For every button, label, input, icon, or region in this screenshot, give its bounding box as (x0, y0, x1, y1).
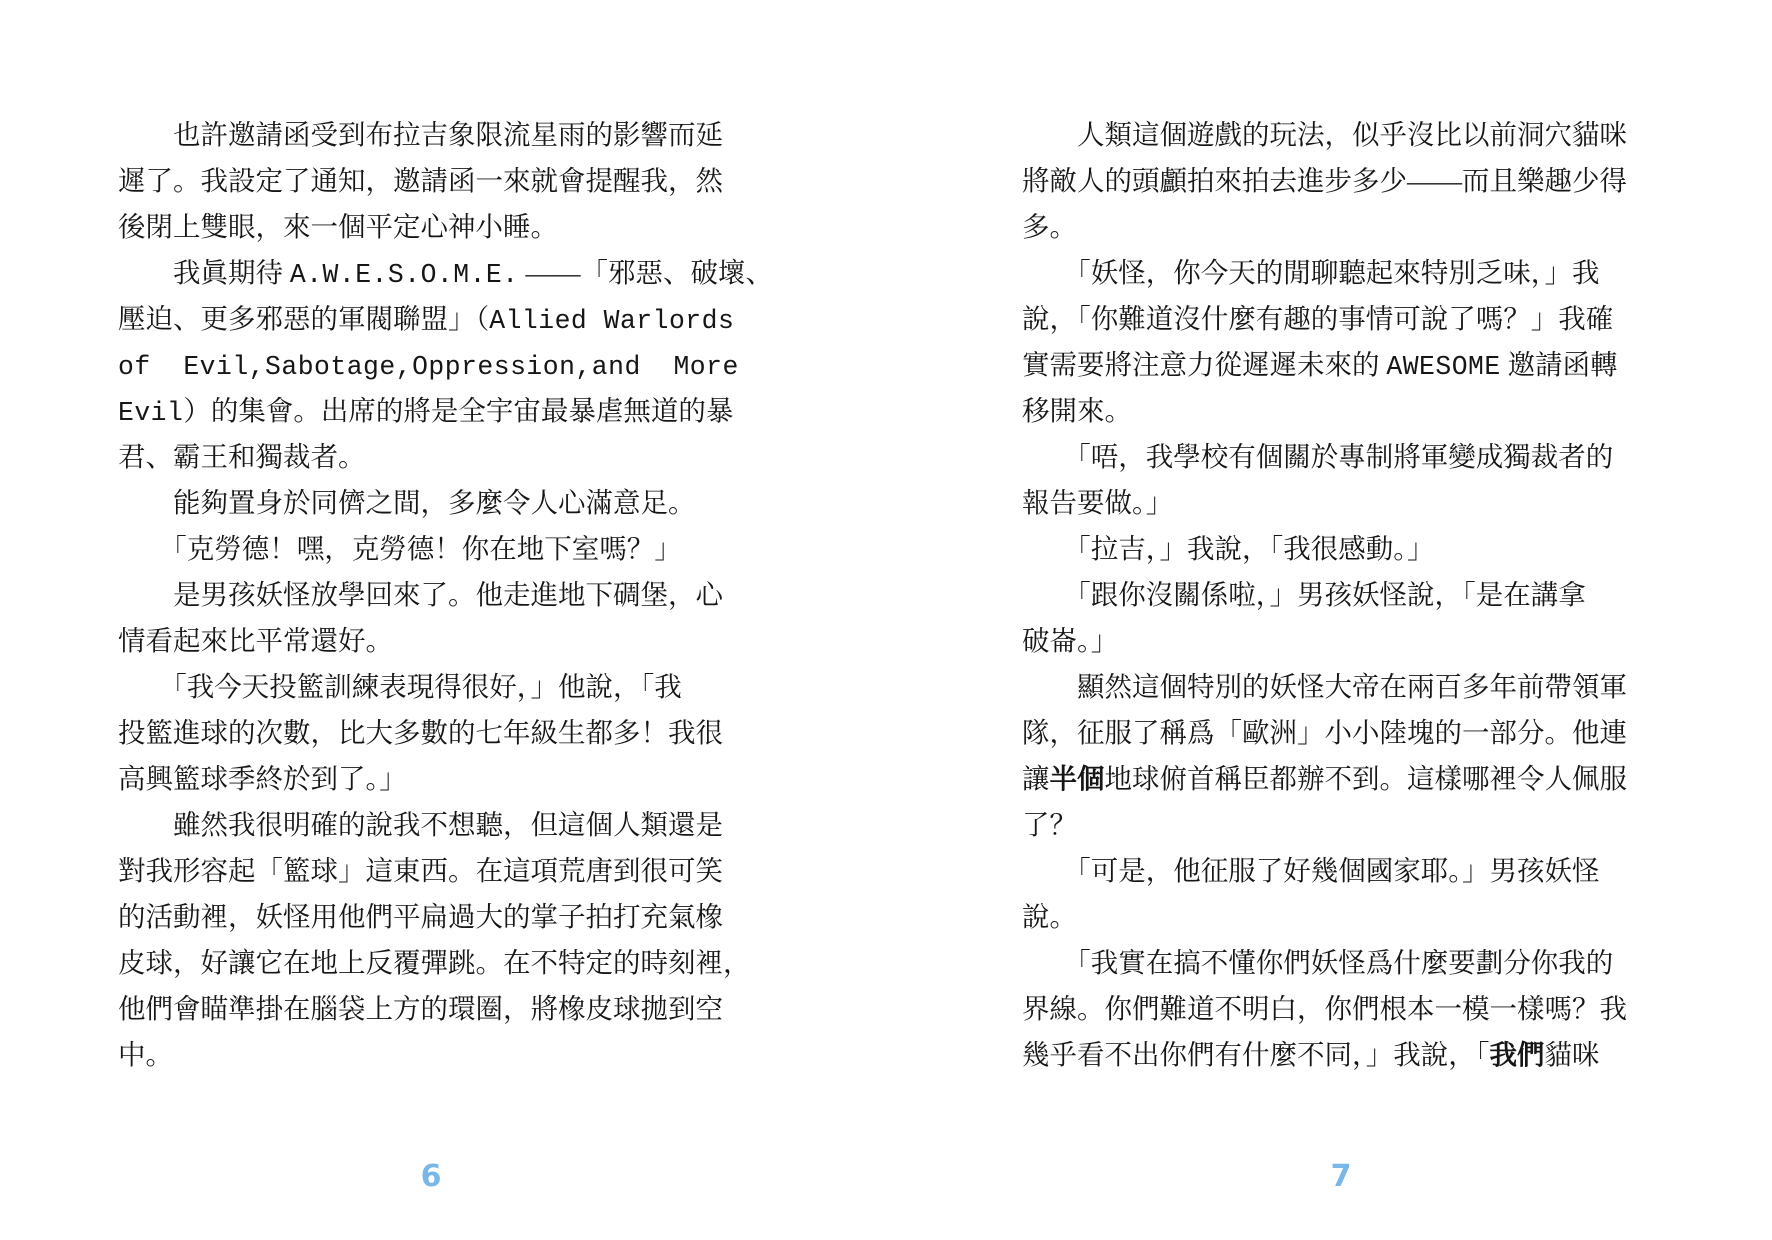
text-line: 「我今天投籃訓練表現得很好，」他說，「我 (118, 664, 718, 710)
text-segment: 情看起來比平常還好。 (118, 625, 393, 656)
text-segment: 「可是，他征服了好幾個國家耶。」男孩妖怪 (1022, 855, 1600, 886)
text-segment: 「克勞德！嘿，克勞德！你在地下室嗎？」 (118, 533, 682, 564)
text-segment: 君、霸王和獨裁者。 (118, 441, 366, 472)
text-line: 了？ (1022, 802, 1646, 848)
text-line: 後閉上雙眼，來一個平定心神小睡。 (118, 204, 718, 250)
text-segment: 「拉吉，」我說，「我很感動。」 (1022, 533, 1435, 564)
text-line: 是男孩妖怪放學回來了。他走進地下碉堡，心 (118, 572, 718, 618)
text-segment: 幾乎看不出你們有什麼不同，」我說，「 (1022, 1039, 1490, 1070)
text-segment: ）的集會。出席的將是全宇宙最暴虐無道的暴 (183, 395, 733, 426)
text-line: 君、霸王和獨裁者。 (118, 434, 718, 480)
text-line: 多。 (1022, 204, 1646, 250)
text-segment: 他們會瞄準掛在腦袋上方的環圈，將橡皮球拋到空 (118, 993, 723, 1024)
book-spread: 也許邀請函受到布拉吉象限流星雨的影響而延遲了。我設定了通知，邀請函一來就會提醒我… (0, 0, 1772, 1240)
text-segment: 報告要做。」 (1022, 487, 1173, 518)
text-segment: 「跟你沒關係啦，」男孩妖怪說，「是在講拿 (1022, 579, 1586, 610)
text-segment: 界線。你們難道不明白，你們根本一模一樣嗎？我 (1022, 993, 1627, 1024)
text-segment: 「我今天投籃訓練表現得很好，」他說，「我 (118, 671, 682, 702)
latin-text-segment: of Evil,Sabotage,Oppression,and More (118, 352, 739, 382)
text-line: 的活動裡，妖怪用他們平扁過大的掌子拍打充氣橡 (118, 894, 718, 940)
text-line: 「跟你沒關係啦，」男孩妖怪說，「是在講拿 (1022, 572, 1646, 618)
text-segment: ——「邪惡、破壞、 (519, 257, 773, 288)
text-segment: 移開來。 (1022, 395, 1132, 426)
text-line: Evil）的集會。出席的將是全宇宙最暴虐無道的暴 (118, 388, 718, 434)
text-segment: 高興籃球季終於到了。」 (118, 763, 407, 794)
text-segment: 隊，征服了稱爲「歐洲」小小陸塊的一部分。他連 (1022, 717, 1627, 748)
text-line: 隊，征服了稱爲「歐洲」小小陸塊的一部分。他連 (1022, 710, 1646, 756)
text-segment: 將敵人的頭顱拍來拍去進步多少——而且樂趣少得 (1022, 165, 1627, 196)
text-line: 顯然這個特別的妖怪大帝在兩百多年前帶領軍 (1022, 664, 1646, 710)
text-line: 「克勞德！嘿，克勞德！你在地下室嗎？」 (118, 526, 718, 572)
bold-text-segment: 半個 (1050, 763, 1105, 794)
text-line: 能夠置身於同儕之間，多麼令人心滿意足。 (118, 480, 718, 526)
text-line: 「唔，我學校有個關於專制將軍變成獨裁者的 (1022, 434, 1646, 480)
text-segment: 投籃進球的次數，比大多數的七年級生都多！我很 (118, 717, 723, 748)
text-line: 說，「你難道沒什麼有趣的事情可說了嗎？」我確 (1022, 296, 1646, 342)
text-segment: 皮球，好讓它在地上反覆彈跳。在不特定的時刻裡， (118, 947, 751, 978)
text-segment: 地球俯首稱臣都辦不到。這樣哪裡令人佩服 (1105, 763, 1628, 794)
text-segment: 說。 (1022, 901, 1077, 932)
text-line: 「可是，他征服了好幾個國家耶。」男孩妖怪 (1022, 848, 1646, 894)
text-line: 讓半個地球俯首稱臣都辦不到。這樣哪裡令人佩服 (1022, 756, 1646, 802)
text-segment: 我眞期待 (118, 257, 290, 288)
text-line: 界線。你們難道不明白，你們根本一模一樣嗎？我 (1022, 986, 1646, 1032)
text-segment: 的活動裡，妖怪用他們平扁過大的掌子拍打充氣橡 (118, 901, 723, 932)
text-line: 報告要做。」 (1022, 480, 1646, 526)
text-line: 人類這個遊戲的玩法，似乎沒比以前洞穴貓咪 (1022, 112, 1646, 158)
text-segment: 也許邀請函受到布拉吉象限流星雨的影響而延 (118, 119, 723, 150)
page-right-number: 7 (1311, 1160, 1371, 1194)
latin-text-segment: Allied Warlords (489, 306, 734, 336)
text-segment: 說，「你難道沒什麼有趣的事情可說了嗎？」我確 (1022, 303, 1613, 334)
text-line: 我眞期待 A.W.E.S.O.M.E. ——「邪惡、破壞、 (118, 250, 718, 296)
text-segment: 了？ (1022, 809, 1077, 840)
text-line: 破崙。」 (1022, 618, 1646, 664)
text-line: 中。 (118, 1032, 718, 1078)
text-segment: 「我實在搞不懂你們妖怪爲什麼要劃分你我的 (1022, 947, 1613, 978)
page-right-text: 人類這個遊戲的玩法，似乎沒比以前洞穴貓咪將敵人的頭顱拍來拍去進步多少——而且樂趣… (1022, 112, 1646, 1078)
text-segment: 後閉上雙眼，來一個平定心神小睡。 (118, 211, 558, 242)
text-line: 「拉吉，」我說，「我很感動。」 (1022, 526, 1646, 572)
text-segment: 雖然我很明確的說我不想聽，但這個人類還是 (118, 809, 723, 840)
text-segment: 對我形容起「籃球」這東西。在這項荒唐到很可笑 (118, 855, 723, 886)
page-left-text: 也許邀請函受到布拉吉象限流星雨的影響而延遲了。我設定了通知，邀請函一來就會提醒我… (118, 112, 718, 1078)
text-line: 雖然我很明確的說我不想聽，但這個人類還是 (118, 802, 718, 848)
text-segment: 「唔，我學校有個關於專制將軍變成獨裁者的 (1022, 441, 1613, 472)
text-segment: 「妖怪，你今天的閒聊聽起來特別乏味，」我 (1022, 257, 1600, 288)
text-line: 對我形容起「籃球」這東西。在這項荒唐到很可笑 (118, 848, 718, 894)
text-line: 壓迫、更多邪惡的軍閥聯盟」（Allied Warlords (118, 296, 718, 342)
text-segment: 中。 (118, 1039, 173, 1070)
text-line: 實需要將注意力從遲遲未來的 AWESOME 邀請函轉 (1022, 342, 1646, 388)
text-line: 說。 (1022, 894, 1646, 940)
text-line: 遲了。我設定了通知，邀請函一來就會提醒我，然 (118, 158, 718, 204)
bold-text-segment: 我們 (1490, 1039, 1545, 1070)
text-segment: 能夠置身於同儕之間，多麼令人心滿意足。 (118, 487, 696, 518)
text-segment: 實需要將注意力從遲遲未來的 (1022, 349, 1386, 380)
text-segment: 壓迫、更多邪惡的軍閥聯盟」（ (118, 303, 489, 334)
text-segment: 是男孩妖怪放學回來了。他走進地下碉堡，心 (118, 579, 723, 610)
text-segment: 顯然這個特別的妖怪大帝在兩百多年前帶領軍 (1022, 671, 1627, 702)
text-segment: 破崙。」 (1022, 625, 1118, 656)
text-line: 將敵人的頭顱拍來拍去進步多少——而且樂趣少得 (1022, 158, 1646, 204)
page-left: 也許邀請函受到布拉吉象限流星雨的影響而延遲了。我設定了通知，邀請函一來就會提醒我… (0, 0, 886, 1240)
text-line: 他們會瞄準掛在腦袋上方的環圈，將橡皮球拋到空 (118, 986, 718, 1032)
page-left-number: 6 (401, 1160, 461, 1194)
text-segment: 邀請函轉 (1501, 349, 1618, 380)
text-line: 「妖怪，你今天的閒聊聽起來特別乏味，」我 (1022, 250, 1646, 296)
latin-text-segment: Evil (118, 398, 183, 428)
latin-text-segment: AWESOME (1386, 352, 1500, 382)
text-line: of Evil,Sabotage,Oppression,and More (118, 342, 718, 388)
text-line: 移開來。 (1022, 388, 1646, 434)
text-segment: 遲了。我設定了通知，邀請函一來就會提醒我，然 (118, 165, 723, 196)
page-right: 人類這個遊戲的玩法，似乎沒比以前洞穴貓咪將敵人的頭顱拍來拍去進步多少——而且樂趣… (886, 0, 1772, 1240)
text-segment: 人類這個遊戲的玩法，似乎沒比以前洞穴貓咪 (1022, 119, 1627, 150)
text-segment: 貓咪 (1545, 1039, 1600, 1070)
text-line: 幾乎看不出你們有什麼不同，」我說，「我們貓咪 (1022, 1032, 1646, 1078)
text-line: 「我實在搞不懂你們妖怪爲什麼要劃分你我的 (1022, 940, 1646, 986)
text-segment: 讓 (1022, 763, 1050, 794)
text-line: 情看起來比平常還好。 (118, 618, 718, 664)
text-line: 高興籃球季終於到了。」 (118, 756, 718, 802)
latin-text-segment: A.W.E.S.O.M.E. (290, 260, 519, 290)
text-line: 投籃進球的次數，比大多數的七年級生都多！我很 (118, 710, 718, 756)
text-line: 也許邀請函受到布拉吉象限流星雨的影響而延 (118, 112, 718, 158)
text-segment: 多。 (1022, 211, 1077, 242)
text-line: 皮球，好讓它在地上反覆彈跳。在不特定的時刻裡， (118, 940, 718, 986)
